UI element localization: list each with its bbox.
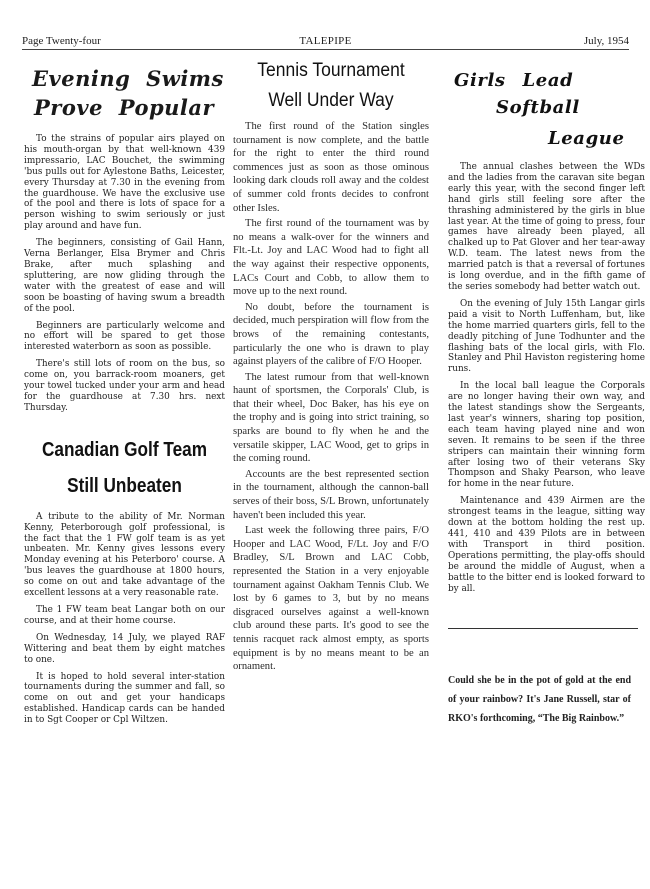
column-middle: Tennis Tournament Well Under Way The fir… — [233, 56, 429, 676]
article-paragraph: The latest rumour from that well-known h… — [233, 371, 429, 466]
article-paragraph: Maintenance and 439 Airmen are the stron… — [448, 496, 645, 594]
publication-title: TALEPIPE — [22, 35, 629, 47]
headline-tennis-tournament: Tennis Tournament Well Under Way — [241, 56, 421, 116]
article-paragraph: In the local ball league the Corporals a… — [448, 381, 645, 490]
header-rule — [22, 49, 629, 50]
article-paragraph: Accounts are the best represented sectio… — [233, 468, 429, 522]
article-paragraph: The 1 FW team beat Langar both on our co… — [24, 605, 225, 627]
article-paragraph: It is hoped to hold several inter-statio… — [24, 672, 225, 727]
article-paragraph: The first round of the Station singles t… — [233, 120, 429, 215]
article-paragraph: Beginners are particularly welcome and n… — [24, 321, 225, 354]
article-paragraph: No doubt, before the tournament is decid… — [233, 301, 429, 369]
article-evening-swims: Evening Swims Prove Popular To the strai… — [24, 64, 225, 414]
article-paragraph: The first round of the tournament was by… — [233, 217, 429, 299]
column-right: Girls Lead Softball League The annual cl… — [448, 56, 645, 728]
photo-caption: Could she be in the pot of gold at the e… — [448, 671, 645, 728]
headline-softball-league: Girls Lead Softball League — [448, 67, 645, 152]
article-tennis-tournament: Tennis Tournament Well Under Way The fir… — [233, 56, 429, 674]
section-divider — [448, 628, 638, 629]
article-paragraph: Last week the following three pairs, F/O… — [233, 524, 429, 674]
article-paragraph: On the evening of July 15th Langar girls… — [448, 299, 645, 375]
headline-golf-team: Canadian Golf Team Still Unbeaten — [38, 432, 211, 504]
article-paragraph: To the strains of popular airs played on… — [24, 134, 225, 232]
article-softball-league: Girls Lead Softball League The annual cl… — [448, 67, 645, 594]
article-paragraph: On Wednesday, 14 July, we played RAF Wit… — [24, 633, 225, 666]
article-paragraph: The annual clashes between the WDs and t… — [448, 162, 645, 293]
headline-evening-swims: Evening Swims Prove Popular — [24, 64, 225, 122]
article-paragraph: There's still lots of room on the bus, s… — [24, 359, 225, 414]
issue-date: July, 1954 — [584, 35, 629, 47]
page-header: Page Twenty-four TALEPIPE July, 1954 — [22, 33, 629, 49]
column-left: Evening Swims Prove Popular To the strai… — [24, 56, 225, 732]
article-paragraph: The beginners, consisting of Gail Hann, … — [24, 238, 225, 314]
article-paragraph: A tribute to the ability of Mr. Norman K… — [24, 512, 225, 599]
article-golf-team: Canadian Golf Team Still Unbeaten A trib… — [24, 432, 225, 726]
